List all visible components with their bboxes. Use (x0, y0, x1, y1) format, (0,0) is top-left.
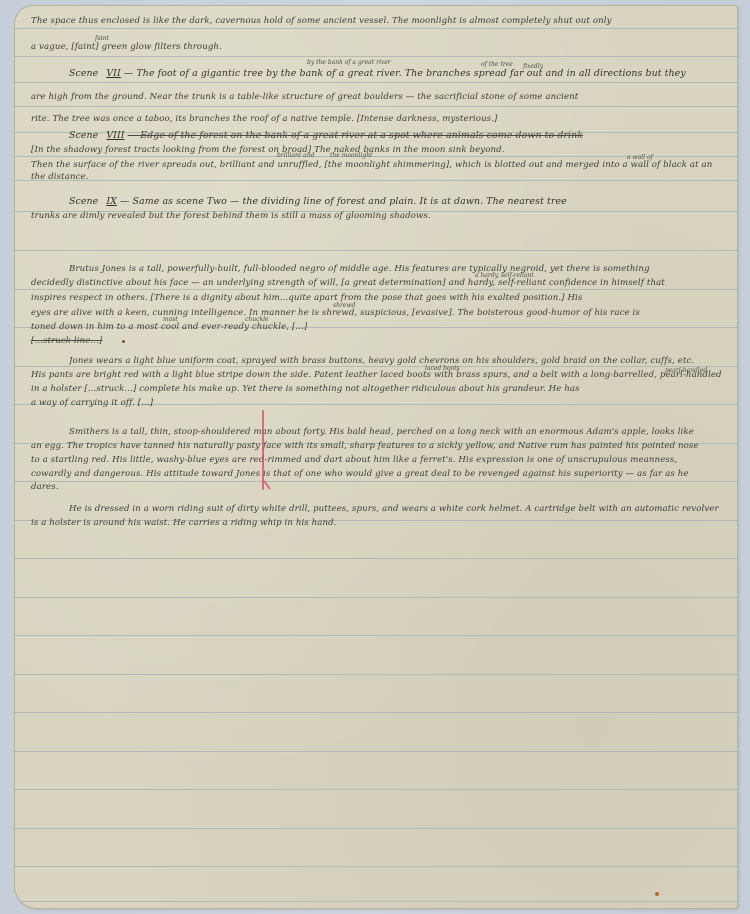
scene-label: Scene (69, 68, 98, 79)
interlinear-insert: most (163, 316, 178, 323)
text-line: the distance. (31, 172, 723, 183)
text-line: Brutus Jones is a tall, powerfully-built… (69, 264, 723, 275)
scene-number: VII (106, 68, 120, 79)
interlinear-insert: pearl-handled (665, 367, 707, 374)
text-line: a vague, [faint] green glow filters thro… (31, 42, 723, 53)
paper-speck (122, 340, 125, 343)
interlinear-insert: brilliant and (277, 152, 314, 159)
interlinear-insert: shrewd (333, 302, 355, 309)
text-line: toned down in him to a most cool and eve… (31, 322, 723, 333)
scene-heading-vii: SceneVII — The foot of a gigantic tree b… (69, 68, 723, 79)
scene-text: — The foot of a gigantic tree by the ban… (124, 68, 686, 79)
scene-text: — Same as scene Two — the dividing line … (120, 196, 567, 207)
text-line: is a holster is around his waist. He car… (31, 518, 723, 529)
scene-number: VIII (106, 130, 124, 141)
text-line: rite. The tree was once a taboo, its bra… (31, 114, 723, 125)
scene-label: Scene (69, 196, 98, 207)
text-line: a way of carrying it off. [...] (31, 398, 723, 409)
text-line: Smithers is a tall, thin, stoop-shoulder… (69, 427, 723, 438)
interlinear-insert: a hardy, self-reliant (475, 272, 534, 279)
interlinear-insert: faint (95, 35, 109, 42)
red-pencil-mark (262, 410, 264, 490)
text-line: The space thus enclosed is like the dark… (31, 16, 723, 27)
interlinear-insert: laced boots (425, 365, 460, 372)
text-line: inspires respect in others. [There is a … (31, 293, 723, 304)
text-line: eyes are alive with a keen, cunning inte… (31, 308, 723, 319)
scene-heading-ix: SceneIX — Same as scene Two — the dividi… (69, 196, 723, 207)
interlinear-insert: fixedly (523, 63, 543, 70)
text-line: are high from the ground. Near the trunk… (31, 92, 723, 103)
scene-label: Scene (69, 130, 98, 141)
text-line: dares. (31, 482, 723, 493)
struck-text: — Edge of the forest on the bank of a gr… (128, 130, 583, 141)
text-line: Then the surface of the river spreads ou… (31, 160, 723, 171)
paper-speck (655, 892, 659, 896)
text-line: to a startling red. His little, washy-bl… (31, 455, 723, 466)
interlinear-insert: by the bank of a great river (307, 59, 391, 66)
interlinear-insert: chuckle (245, 316, 269, 323)
text-line: cowardly and dangerous. His attitude tow… (31, 469, 723, 480)
text-line: His pants are bright red with a light bl… (31, 370, 723, 381)
text-line: [In the shadowy forest tracts looking fr… (31, 145, 723, 156)
manuscript-page: The space thus enclosed is like the dark… (15, 6, 737, 908)
handwriting-layer: The space thus enclosed is like the dark… (15, 6, 737, 908)
interlinear-insert: the moonlight (330, 152, 372, 159)
scene-heading-viii: SceneVIII — Edge of the forest on the ba… (69, 130, 723, 141)
scene-number: IX (106, 196, 117, 207)
text-line: decidedly distinctive about his face — a… (31, 278, 723, 289)
interlinear-insert: of the tree (481, 61, 513, 68)
text-line: an egg. The tropics have tanned his natu… (31, 441, 723, 452)
text-line: in a holster [...struck...] complete his… (31, 384, 723, 395)
text-line: Jones wears a light blue uniform coat, s… (69, 356, 723, 367)
text-line: trunks are dimly revealed but the forest… (31, 211, 723, 222)
text-line: He is dressed in a worn riding suit of d… (69, 504, 723, 515)
struck-line: [...struck line...] (31, 336, 723, 347)
